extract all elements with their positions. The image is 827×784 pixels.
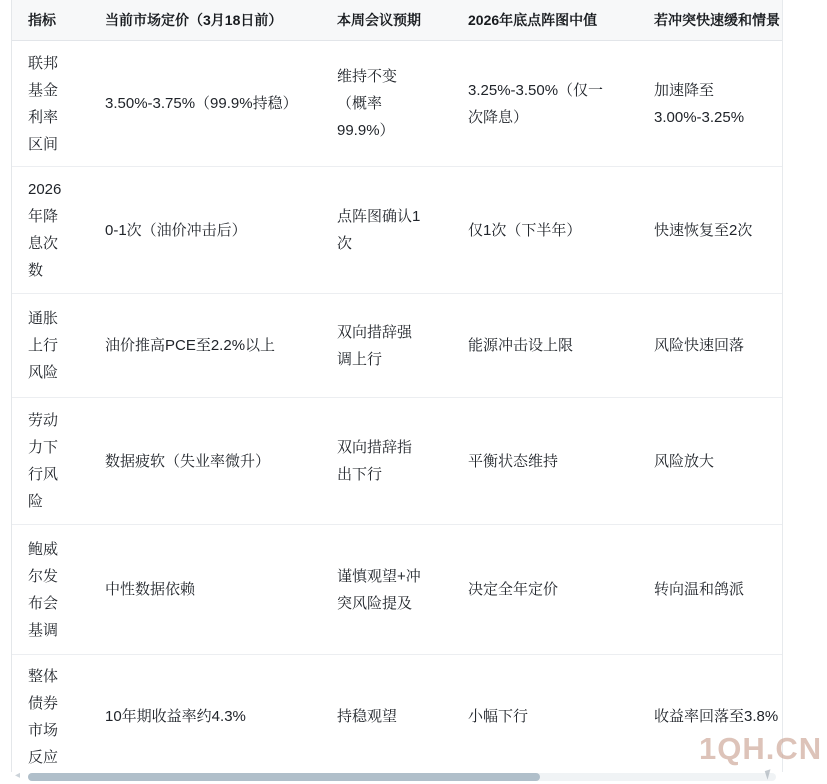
table-cell: 油价推高PCE至2.2%以上 xyxy=(89,294,321,398)
table-cell: 风险快速回落 xyxy=(638,294,783,398)
table-row: 劳动力下行风险 数据疲软（失业率微升） 双向措辞指出下行 平衡状态维持 风险放大 xyxy=(12,398,783,525)
table-row: 通胀上行风险 油价推高PCE至2.2%以上 双向措辞强调上行 能源冲击设上限 风… xyxy=(12,294,783,398)
table-cell: 小幅下行 xyxy=(452,655,638,773)
table-cell: 加速降至3.00%-3.25% xyxy=(638,41,783,167)
table-cell: 决定全年定价 xyxy=(452,525,638,655)
column-header-indicator: 指标 xyxy=(12,0,89,41)
table-cell: 0-1次（油价冲击后） xyxy=(89,167,321,294)
row-header: 联邦基金利率区间 xyxy=(12,41,89,167)
column-header-market-pricing: 当前市场定价（3月18日前） xyxy=(89,0,321,41)
table-cell: 收益率回落至3.8% xyxy=(638,655,783,773)
horizontal-scrollbar-thumb[interactable] xyxy=(28,773,540,781)
table-scroll-viewport[interactable]: 指标 当前市场定价（3月18日前） 本周会议预期 2026年底点阵图中值 若冲突… xyxy=(11,0,783,772)
row-header: 通胀上行风险 xyxy=(12,294,89,398)
table-cell: 能源冲击设上限 xyxy=(452,294,638,398)
table-row: 2026年降息次数 0-1次（油价冲击后） 点阵图确认1次 仅1次（下半年） 快… xyxy=(12,167,783,294)
row-header: 鲍威尔发布会基调 xyxy=(12,525,89,655)
table-cell: 双向措辞强调上行 xyxy=(321,294,452,398)
row-header: 劳动力下行风险 xyxy=(12,398,89,525)
row-header: 整体债券市场反应 xyxy=(12,655,89,773)
table-cell: 持稳观望 xyxy=(321,655,452,773)
table-cell: 数据疲软（失业率微升） xyxy=(89,398,321,525)
horizontal-scrollbar-track[interactable] xyxy=(28,773,776,781)
table-cell: 谨慎观望+冲突风险提及 xyxy=(321,525,452,655)
column-header-dot-plot-median: 2026年底点阵图中值 xyxy=(452,0,638,41)
table-cell: 双向措辞指出下行 xyxy=(321,398,452,525)
table-cell: 中性数据依赖 xyxy=(89,525,321,655)
table-row: 鲍威尔发布会基调 中性数据依赖 谨慎观望+冲突风险提及 决定全年定价 转向温和鸽… xyxy=(12,525,783,655)
table-cell: 3.25%-3.50%（仅一次降息） xyxy=(452,41,638,167)
table-cell: 维持不变（概率99.9%） xyxy=(321,41,452,167)
table-cell: 点阵图确认1次 xyxy=(321,167,452,294)
scroll-left-arrow-icon[interactable]: ◂ xyxy=(15,770,20,782)
table-cell: 平衡状态维持 xyxy=(452,398,638,525)
header-row: 指标 当前市场定价（3月18日前） 本周会议预期 2026年底点阵图中值 若冲突… xyxy=(12,0,783,41)
table-cell: 3.50%-3.75%（99.9%持稳） xyxy=(89,41,321,167)
table-cell: 仅1次（下半年） xyxy=(452,167,638,294)
table-cell: 10年期收益率约4.3% xyxy=(89,655,321,773)
table-row: 联邦基金利率区间 3.50%-3.75%（99.9%持稳） 维持不变（概率99.… xyxy=(12,41,783,167)
table-body: 联邦基金利率区间 3.50%-3.75%（99.9%持稳） 维持不变（概率99.… xyxy=(12,41,783,773)
column-header-meeting-expectation: 本周会议预期 xyxy=(321,0,452,41)
page: 指标 当前市场定价（3月18日前） 本周会议预期 2026年底点阵图中值 若冲突… xyxy=(0,0,827,784)
table-cell: 转向温和鸽派 xyxy=(638,525,783,655)
column-header-deescalation-scenario: 若冲突快速缓和情景 xyxy=(638,0,783,41)
table-header: 指标 当前市场定价（3月18日前） 本周会议预期 2026年底点阵图中值 若冲突… xyxy=(12,0,783,41)
table-row: 整体债券市场反应 10年期收益率约4.3% 持稳观望 小幅下行 收益率回落至3.… xyxy=(12,655,783,773)
fomc-expectations-table: 指标 当前市场定价（3月18日前） 本周会议预期 2026年底点阵图中值 若冲突… xyxy=(12,0,783,772)
row-header: 2026年降息次数 xyxy=(12,167,89,294)
table-cell: 快速恢复至2次 xyxy=(638,167,783,294)
table-cell: 风险放大 xyxy=(638,398,783,525)
